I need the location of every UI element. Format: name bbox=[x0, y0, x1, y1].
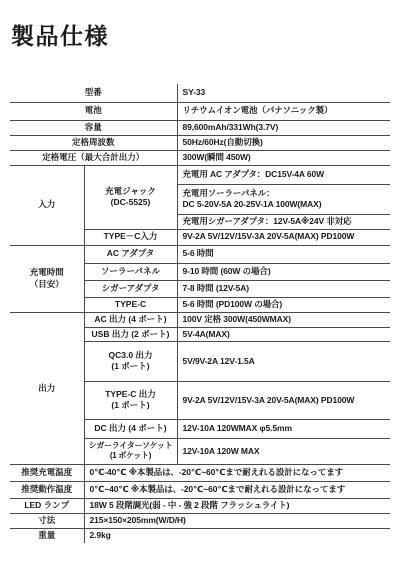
spec-value: 5-6 時間 bbox=[177, 245, 390, 263]
spec-value: 12V-10A 120W MAX bbox=[177, 438, 390, 464]
spec-value: 89,600mAh/331Wh(3.7V) bbox=[177, 120, 390, 135]
sublabel-line1: シガーライターソケット bbox=[85, 441, 177, 451]
value-line: DC 5-20V-5A 20-25V-1A 100W(MAX) bbox=[183, 199, 391, 210]
spec-row-operate-temp: 推奨動作温度 0℃~40℃ ※本製品は、-20℃~60℃まで耐えれる設計になって… bbox=[10, 481, 390, 498]
spec-sublabel: シガーライターソケット (1 ポケット) bbox=[84, 438, 177, 464]
spec-label: 型番 bbox=[10, 84, 177, 102]
charge-jack-label: 充電ジャック (DC-5525) bbox=[84, 165, 177, 229]
spec-row-capacity: 容量 89,600mAh/331Wh(3.7V) bbox=[10, 120, 390, 135]
sublabel-line1: QC3.0 出力 bbox=[85, 350, 177, 361]
spec-row-input-ac-adapter: 入力 充電ジャック (DC-5525) 充電用 AC アダプタ：DC15V-4A… bbox=[10, 165, 390, 184]
spec-value: 2.9kg bbox=[84, 528, 390, 543]
spec-value: 0℃~40℃ ※本製品は、-20℃~60℃まで耐えれる設計になってます bbox=[84, 481, 390, 498]
spec-value: 18W 5 段階調光(弱 - 中 - 強 2 段階 フラッシュライト) bbox=[84, 498, 390, 513]
chargetime-section-label: 充電時間 （目安） bbox=[10, 245, 84, 312]
spec-row-frequency: 定格周波数 50Hz/60Hz(自動切換) bbox=[10, 135, 390, 150]
spec-value: 充電用ソーラーパネル： DC 5-20V-5A 20-25V-1A 100W(M… bbox=[177, 184, 390, 214]
sublabel-line1: TYPE-C 出力 bbox=[85, 389, 177, 400]
spec-value: SY-33 bbox=[177, 84, 390, 102]
spec-sublabel: TYPE-C 出力 (1 ポート) bbox=[84, 381, 177, 419]
spec-sheet-page: 製品仕様 型番 SY-33 電池 リチウムイオン電池（パナソニック製） 容量 8… bbox=[0, 0, 400, 572]
spec-label: 寸法 bbox=[10, 513, 84, 528]
spec-label: 定格電圧（最大合計出力） bbox=[10, 150, 177, 165]
spec-value: 充電用シガーアダプタ：12V-5A※24V 非対応 bbox=[177, 214, 390, 229]
value-line: 充電用ソーラーパネル： bbox=[183, 188, 391, 199]
input-section-label: 入力 bbox=[10, 165, 84, 245]
section-label-line1: 充電時間 bbox=[10, 267, 84, 278]
spec-value: 9-10 時間 (60W の場合) bbox=[177, 263, 390, 280]
spec-value: 5V-4A(MAX) bbox=[177, 327, 390, 341]
spec-sublabel: ソーラーパネル bbox=[84, 263, 177, 280]
spec-value: 100V 定格 300W(450WMAX) bbox=[177, 312, 390, 327]
charge-jack-label-line1: 充電ジャック bbox=[85, 186, 177, 197]
spec-sublabel: DC 出力 (4 ポート) bbox=[84, 419, 177, 438]
spec-value: 7-8 時間 (12V-5A) bbox=[177, 280, 390, 297]
spec-value: 50Hz/60Hz(自動切換) bbox=[177, 135, 390, 150]
spec-label: 重量 bbox=[10, 528, 84, 543]
sublabel-line2: (1 ポート) bbox=[85, 361, 177, 372]
spec-value: 215×150×205mm(W/D/H) bbox=[84, 513, 390, 528]
spec-value: 12V-10A 120WMAX φ5.5mm bbox=[177, 419, 390, 438]
spec-row-weight: 重量 2.9kg bbox=[10, 528, 390, 543]
output-section-label: 出力 bbox=[10, 312, 84, 464]
spec-row-rated-voltage: 定格電圧（最大合計出力） 300W(瞬間 450W) bbox=[10, 150, 390, 165]
spec-label: 推奨充電温度 bbox=[10, 464, 84, 481]
spec-value: 5-6 時間 (PD100W の場合) bbox=[177, 297, 390, 312]
spec-value: 9V-2A 5V/12V/15V-3A 20V-5A(MAX) PD100W bbox=[177, 229, 390, 245]
spec-label: 推奨動作温度 bbox=[10, 481, 84, 498]
spec-value: 0℃-40℃ ※本製品は、-20℃~60℃まで耐えれる設計になってます bbox=[84, 464, 390, 481]
spec-table: 型番 SY-33 電池 リチウムイオン電池（パナソニック製） 容量 89,600… bbox=[10, 84, 390, 543]
spec-row-battery: 電池 リチウムイオン電池（パナソニック製） bbox=[10, 102, 390, 120]
sublabel-line2: (1 ポケット) bbox=[85, 451, 177, 461]
spec-sublabel: TYPE－C入力 bbox=[84, 229, 177, 245]
section-label-line2: （目安） bbox=[10, 279, 84, 290]
spec-row-led: LED ランプ 18W 5 段階調光(弱 - 中 - 強 2 段階 フラッシュラ… bbox=[10, 498, 390, 513]
spec-label: 定格周波数 bbox=[10, 135, 177, 150]
spec-value: 300W(瞬間 450W) bbox=[177, 150, 390, 165]
spec-label: 電池 bbox=[10, 102, 177, 120]
spec-sublabel: USB 出力 (2 ポート) bbox=[84, 327, 177, 341]
spec-sublabel: シガーアダプタ bbox=[84, 280, 177, 297]
spec-row-model: 型番 SY-33 bbox=[10, 84, 390, 102]
value-line: 充電用 AC アダプタ：DC15V-4A 60W bbox=[183, 169, 391, 180]
spec-label: LED ランプ bbox=[10, 498, 84, 513]
spec-row-dimensions: 寸法 215×150×205mm(W/D/H) bbox=[10, 513, 390, 528]
spec-row-output-ac: 出力 AC 出力 (4 ポート) 100V 定格 300W(450WMAX) bbox=[10, 312, 390, 327]
spec-row-chargetime-ac: 充電時間 （目安） AC アダプタ 5-6 時間 bbox=[10, 245, 390, 263]
spec-sublabel: AC 出力 (4 ポート) bbox=[84, 312, 177, 327]
spec-sublabel: TYPE-C bbox=[84, 297, 177, 312]
page-title: 製品仕様 bbox=[11, 18, 400, 51]
spec-value: 充電用 AC アダプタ：DC15V-4A 60W bbox=[177, 165, 390, 184]
spec-value: リチウムイオン電池（パナソニック製） bbox=[177, 102, 390, 120]
sublabel-line2: (1 ポート) bbox=[85, 400, 177, 411]
value-line: 充電用シガーアダプタ：12V-5A※24V 非対応 bbox=[183, 216, 391, 227]
spec-sublabel: AC アダプタ bbox=[84, 245, 177, 263]
spec-label: 容量 bbox=[10, 120, 177, 135]
spec-value: 9V-2A 5V/12V/15V-3A 20V-5A(MAX) PD100W bbox=[177, 381, 390, 419]
spec-sublabel: QC3.0 出力 (1 ポート) bbox=[84, 341, 177, 381]
charge-jack-label-line2: (DC-5525) bbox=[85, 197, 177, 208]
spec-value: 5V/9V-2A 12V-1.5A bbox=[177, 341, 390, 381]
spec-row-charge-temp: 推奨充電温度 0℃-40℃ ※本製品は、-20℃~60℃まで耐えれる設計になって… bbox=[10, 464, 390, 481]
